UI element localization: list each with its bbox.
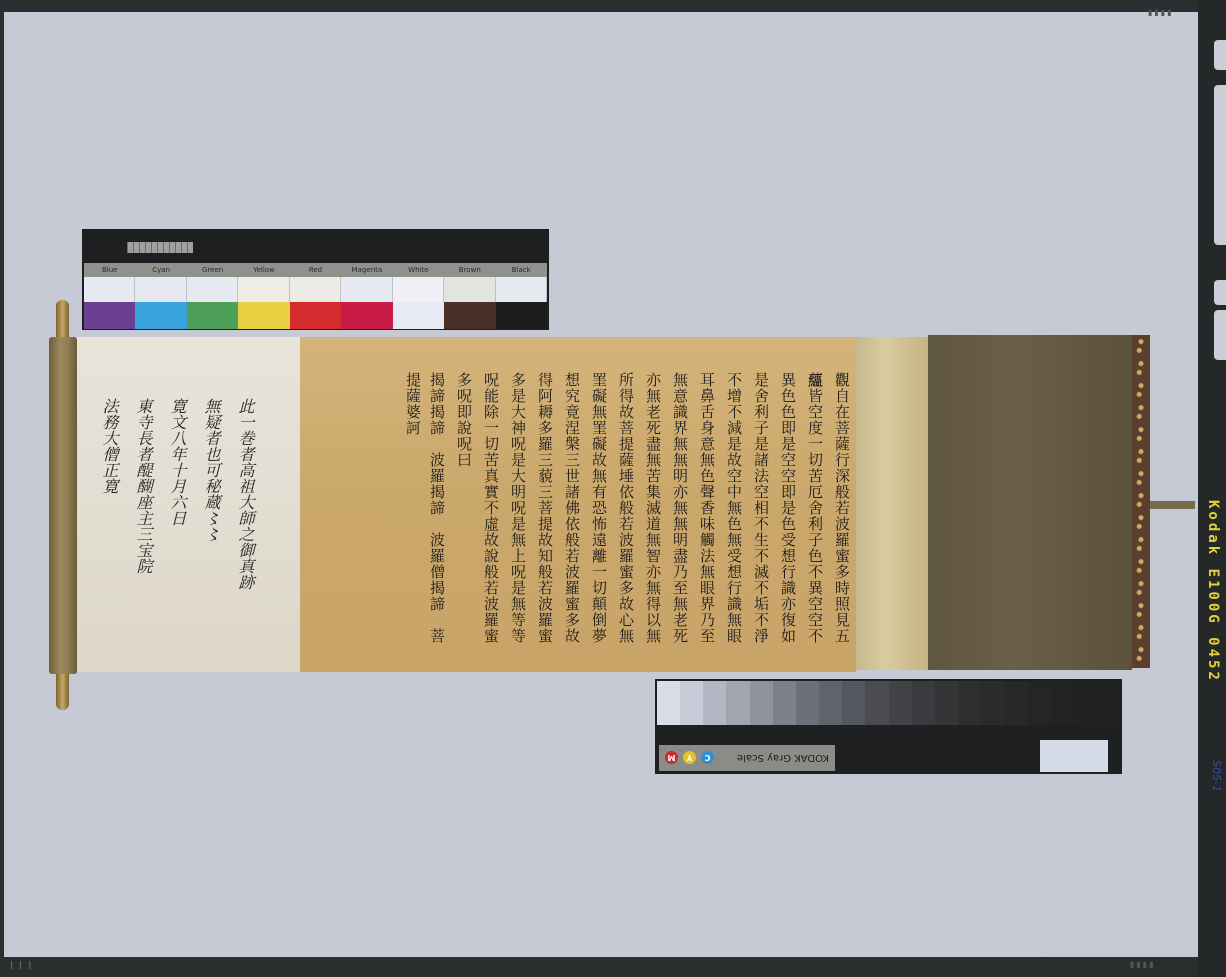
gray-step — [1097, 681, 1120, 725]
color-label: Cyan — [135, 263, 186, 277]
sutra-column: 觀自在菩薩行深般若波羅蜜多時照見五 — [830, 372, 854, 652]
gray-step — [865, 681, 888, 725]
gray-step — [912, 681, 935, 725]
sutra-column: 呪能除一切苦真實不虛故說般若波羅蜜 — [479, 372, 503, 652]
gray-step — [981, 681, 1004, 725]
gray-scale-label-band: KODAK Gray Scale C Y M — [659, 745, 835, 771]
film-edge-handwriting: S05-1 — [1205, 760, 1223, 840]
sutra-column: 多呪即說呪曰 — [452, 372, 476, 652]
frame-marks-top: ▮▮▮▮ — [1148, 8, 1174, 17]
color-swatch — [84, 302, 135, 329]
color-label: Black — [496, 263, 547, 277]
color-label: Red — [290, 263, 341, 277]
color-label: Blue — [84, 263, 135, 277]
gray-step — [1074, 681, 1097, 725]
sutra-column: 異色色即是空空即是色受想行識亦復如 — [776, 372, 800, 652]
white-reference-row — [84, 277, 547, 302]
sutra-column: 罣礙無罣礙故無有恐怖遠離一切顛倒夢 — [587, 372, 611, 652]
gray-step — [750, 681, 773, 725]
roller-knob-bottom — [56, 673, 69, 710]
sutra-column: 無意識界無無明亦無無明盡乃至無老死 — [668, 372, 692, 652]
gray-step — [703, 681, 726, 725]
sutra-column: 耳鼻舌身意無色聲香味觸法無眼界乃至 — [695, 372, 719, 652]
colophon-column: 此一巻者高祖大師之御真跡 — [231, 398, 259, 590]
gray-step — [726, 681, 749, 725]
color-swatch — [135, 302, 186, 329]
color-swatch — [341, 302, 392, 329]
film-notch — [1214, 85, 1226, 245]
gray-step — [935, 681, 958, 725]
film-edge-code: Kodak E100G 0452 — [1203, 500, 1223, 745]
gray-scale-label: KODAK Gray Scale — [737, 753, 829, 764]
color-swatch — [238, 302, 289, 329]
colophon-column: 東寺長者醍醐座主三宝院 — [129, 398, 157, 590]
gray-steps — [657, 681, 1120, 725]
gold-paper-panel — [856, 337, 928, 670]
white-reference-patch — [1040, 740, 1108, 772]
sutra-column: 得阿耨多羅三藐三菩提故知般若波羅蜜 — [533, 372, 557, 652]
sutra-text: 觀自在菩薩行深般若波羅蜜多時照見五 蘊皆空度一切苦厄舍利子色不異空空不 異色色即… — [425, 372, 854, 652]
color-label: Brown — [444, 263, 495, 277]
yellow-badge-icon: Y — [683, 752, 696, 765]
gray-step — [889, 681, 912, 725]
gray-step — [842, 681, 865, 725]
film-border-bottom — [0, 957, 1050, 977]
magenta-badge-icon: M — [665, 752, 678, 765]
sutra-column: 不增不減是故空中無色無受想行識無眼 — [722, 372, 746, 652]
tie-cord — [1150, 501, 1195, 509]
sutra-column: 多是大神呪是大明呪是無上呪是無等等 — [506, 372, 530, 652]
gray-scale-chart: KODAK Gray Scale C Y M — [655, 679, 1122, 774]
color-swatch — [187, 302, 238, 329]
gray-step — [773, 681, 796, 725]
color-swatch — [393, 302, 444, 329]
gray-step — [1051, 681, 1074, 725]
color-label: Green — [187, 263, 238, 277]
sutra-column: 亦無老死盡無苦集滅道無智亦無得以無 — [641, 372, 665, 652]
sutra-column: 揭諦揭諦 波羅揭諦 波羅僧揭諦 菩提薩婆訶 — [425, 372, 449, 652]
gray-step — [657, 681, 680, 725]
gray-step — [796, 681, 819, 725]
gray-step — [1004, 681, 1027, 725]
color-swatch-row — [84, 302, 547, 329]
silk-cover-panel — [928, 335, 1132, 670]
gray-step — [680, 681, 703, 725]
scroll-roller — [49, 337, 77, 674]
roller-knob-top — [56, 300, 69, 338]
frame-marks-corner: | | | — [10, 960, 33, 969]
scale-ruler — [127, 242, 193, 253]
colophon-text: 此一巻者高祖大師之御真跡 無疑者也可秘蔵〻〻 寛文八年十月六日 東寺長者醍醐座主… — [95, 398, 259, 590]
color-label: Yellow — [238, 263, 289, 277]
sutra-column: 蘊皆空度一切苦厄舍利子色不異空空不 — [803, 372, 827, 652]
color-swatch — [496, 302, 547, 329]
film-notch — [1214, 40, 1226, 70]
colophon-column: 無疑者也可秘蔵〻〻 — [197, 398, 225, 590]
gray-step — [819, 681, 842, 725]
gray-step — [1028, 681, 1051, 725]
color-labels: Blue Cyan Green Yellow Red Magenta White… — [84, 263, 547, 277]
brocade-border — [1132, 335, 1150, 668]
film-notch — [1214, 280, 1226, 305]
sutra-column: 是舍利子是諸法空相不生不滅不垢不淨 — [749, 372, 773, 652]
sutra-column: 所得故菩提薩埵依般若波羅蜜多故心無 — [614, 372, 638, 652]
frame-marks-bottom: ▮▮▮▮ — [1130, 960, 1156, 969]
film-border-top — [0, 0, 1045, 12]
color-swatch — [290, 302, 341, 329]
colophon-column: 法務大僧正寛 — [95, 398, 123, 590]
film-notch — [1214, 310, 1226, 360]
color-label: Magenta — [341, 263, 392, 277]
color-swatch — [444, 302, 495, 329]
cmy-badges: C Y M — [665, 752, 714, 765]
colophon-column: 寛文八年十月六日 — [163, 398, 191, 590]
color-checker-chart: Blue Cyan Green Yellow Red Magenta White… — [82, 229, 549, 330]
color-label: White — [393, 263, 444, 277]
gray-step — [958, 681, 981, 725]
sutra-column: 想究竟涅槃三世諸佛依般若波羅蜜多故 — [560, 372, 584, 652]
cyan-badge-icon: C — [701, 752, 714, 765]
